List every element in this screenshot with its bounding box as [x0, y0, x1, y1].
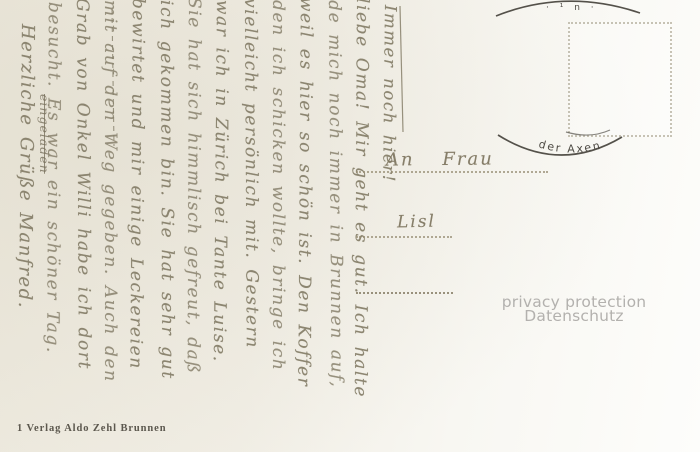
handwriting-line: mit auf den Weg gegeben. Auch den	[100, 0, 120, 383]
postcard-back: Immer noch hier! liebe Oma! Mir geht es …	[0, 0, 700, 452]
address-line1-text: An Frau	[386, 148, 494, 170]
postmark-top-arc	[496, 1, 640, 16]
stamp-box	[568, 22, 672, 137]
privacy-watermark: privacy protection Datenschutz	[494, 295, 654, 323]
crossed-out-word: eingeladen	[37, 94, 52, 174]
handwriting-line: bewirtet und mir einige Leckereien	[125, 0, 148, 370]
address-dotted-line-3	[356, 292, 453, 294]
postmark-top-marks: · ¹ n ·	[546, 3, 598, 13]
handwriting-line: de mich noch immer in Brunnen auf,	[324, 0, 347, 388]
handwriting-line: weil es hier so schön ist. Den Koffer	[293, 0, 316, 387]
handwriting-line: ich gekommen bin. Sie hat sehr gut	[156, 0, 177, 380]
address-dotted-line-1	[356, 171, 548, 173]
postmark-ring-text: der Axen	[537, 137, 603, 155]
privacy-watermark-line2: Datenschutz	[494, 309, 654, 323]
handwriting-line: Sie hat sich himmlisch gefreut, daß	[183, 0, 204, 374]
handwriting-line: vielleicht persönlich mit. Gestern	[240, 0, 262, 349]
handwriting-line: Grab von Onkel Willi habe ich dort	[72, 0, 94, 370]
handwriting-line: liebe Oma! Mir geht es gut. Ich halte	[350, 0, 372, 398]
postmark-bottom-arc	[498, 135, 622, 155]
handwriting-underline	[400, 6, 403, 132]
address-dotted-line-2	[356, 236, 452, 238]
handwriting-line: war ich in Zürich bei Tante Luise.	[209, 0, 232, 363]
handwriting-line: Herzliche Grüße Manfred.	[14, 24, 38, 310]
handwriting-line: besucht. Es war ein schöner Tag.	[42, 2, 64, 354]
recipient-name-text: Lisl	[397, 212, 436, 233]
handwriting-line: den ich schicken wollte, bringe ich	[268, 0, 288, 371]
publisher-imprint: 1 Verlag Aldo Zehl Brunnen	[17, 423, 166, 434]
